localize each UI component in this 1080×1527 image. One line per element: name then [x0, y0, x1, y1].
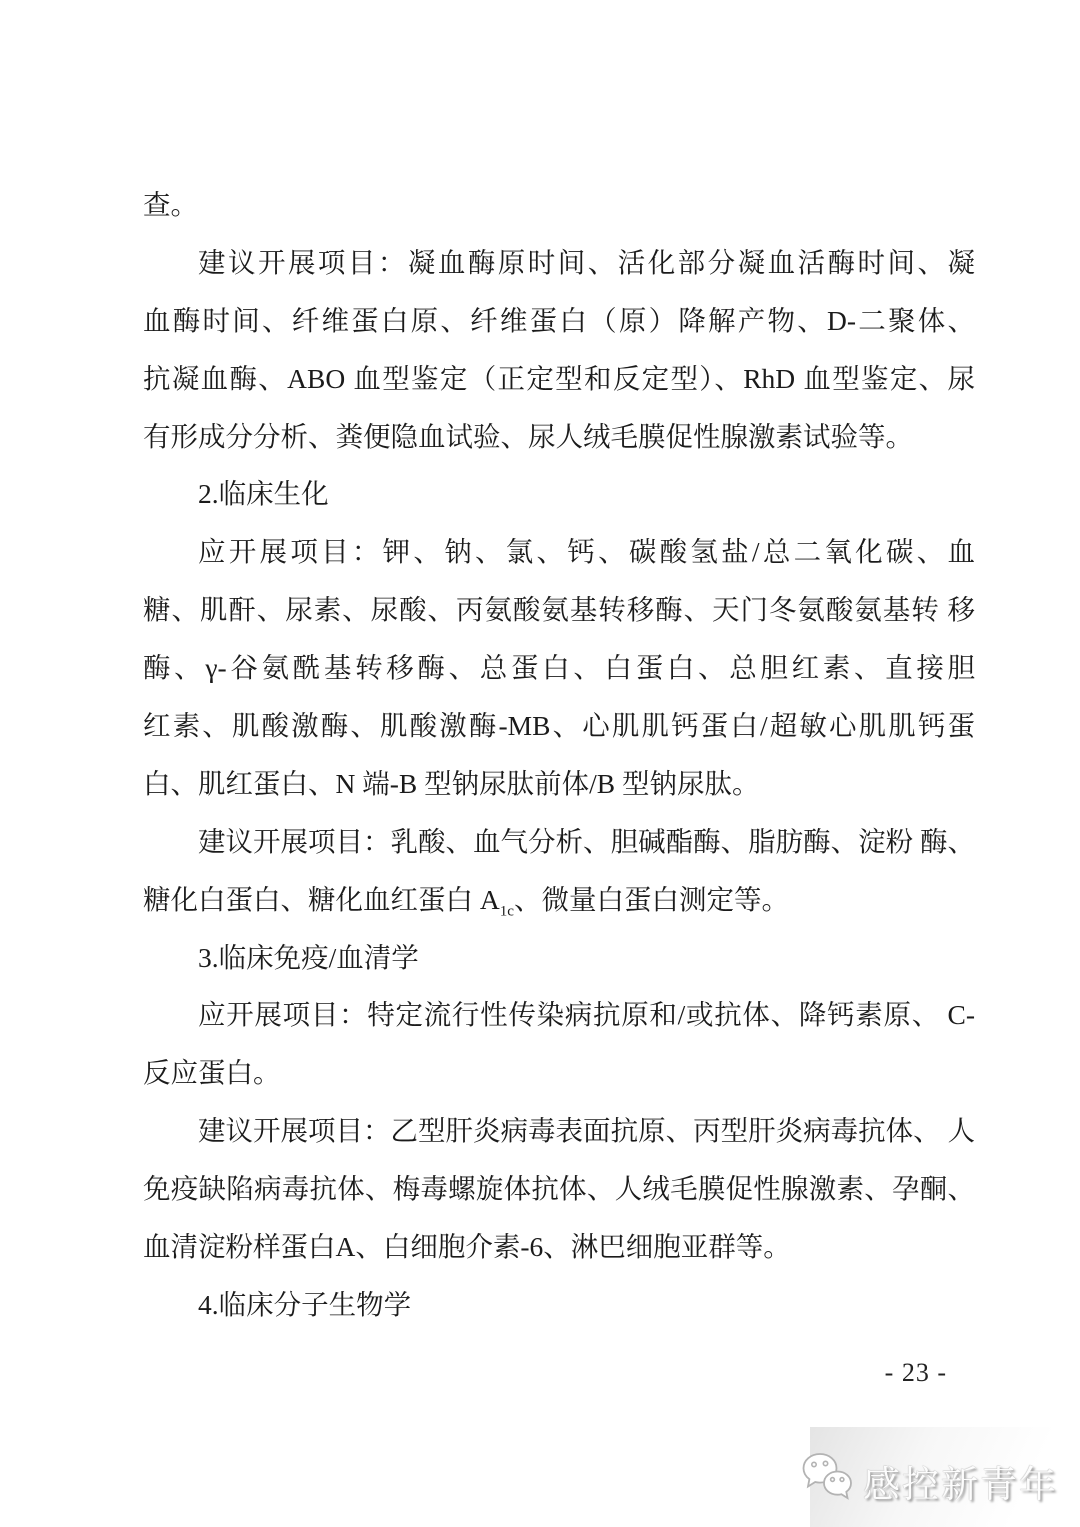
text-line: 应开展项目：钾、钠、氯、钙、碳酸氢盐/总二氧化碳、血 — [143, 523, 975, 581]
document-body: 查。 建议开展项目：凝血酶原时间、活化部分凝血活酶时间、凝 血酶时间、纤维蛋白原… — [143, 176, 975, 1388]
text-line: 建议开展项目：乙型肝炎病毒表面抗原、丙型肝炎病毒抗体、 人 — [143, 1102, 975, 1160]
section-heading: 4.临床分子生物学 — [143, 1276, 975, 1334]
document-page: 查。 建议开展项目：凝血酶原时间、活化部分凝血活酶时间、凝 血酶时间、纤维蛋白原… — [0, 0, 1080, 1527]
text-line: 血酶时间、纤维蛋白原、纤维蛋白（原）降解产物、D-二聚体、 — [143, 292, 975, 350]
text-line: 应开展项目：特定流行性传染病抗原和/或抗体、降钙素原、 C- — [143, 986, 975, 1044]
text-line: 抗凝血酶、ABO 血型鉴定（正定型和反定型）、RhD 血型鉴定、尿 — [143, 350, 975, 408]
text-segment: 、微量白蛋白测定等。 — [514, 884, 789, 915]
text-line: 糖、肌酐、尿素、尿酸、丙氨酸氨基转移酶、天门冬氨酸氨基转 移 — [143, 581, 975, 639]
text-segment: 糖化白蛋白、糖化血红蛋白 A — [143, 884, 500, 915]
watermark-label: 感控新青年 — [863, 1454, 1058, 1508]
subscript-text: 1c — [500, 903, 514, 919]
text-line: 血清淀粉样蛋白A、白细胞介素-6、淋巴细胞亚群等。 — [143, 1218, 975, 1276]
text-line: 有形成分分析、粪便隐血试验、尿人绒毛膜促性腺激素试验等。 — [143, 408, 975, 466]
wechat-logo-icon — [800, 1450, 854, 1511]
section-heading: 3.临床免疫/血清学 — [143, 929, 975, 987]
page-number: - 23 - — [143, 1358, 975, 1388]
text-line: 酶、γ-谷氨酰基转移酶、总蛋白、白蛋白、总胆红素、直接胆 — [143, 639, 975, 697]
section-heading: 2.临床生化 — [143, 465, 975, 523]
text-line: 反应蛋白。 — [143, 1044, 975, 1102]
text-line: 建议开展项目：凝血酶原时间、活化部分凝血活酶时间、凝 — [143, 234, 975, 292]
watermark: 感控新青年 — [800, 1450, 1058, 1511]
text-line: 免疫缺陷病毒抗体、梅毒螺旋体抗体、人绒毛膜促性腺激素、孕酮、 — [143, 1160, 975, 1218]
text-line: 查。 — [143, 176, 975, 234]
text-line: 糖化白蛋白、糖化血红蛋白 A1c、微量白蛋白测定等。 — [143, 871, 975, 929]
text-line: 白、肌红蛋白、N 端-B 型钠尿肽前体/B 型钠尿肽。 — [143, 755, 975, 813]
text-line: 建议开展项目：乳酸、血气分析、胆碱酯酶、脂肪酶、淀粉 酶、 — [143, 813, 975, 871]
text-line: 红素、肌酸激酶、肌酸激酶-MB、心肌肌钙蛋白/超敏心肌肌钙蛋 — [143, 697, 975, 755]
